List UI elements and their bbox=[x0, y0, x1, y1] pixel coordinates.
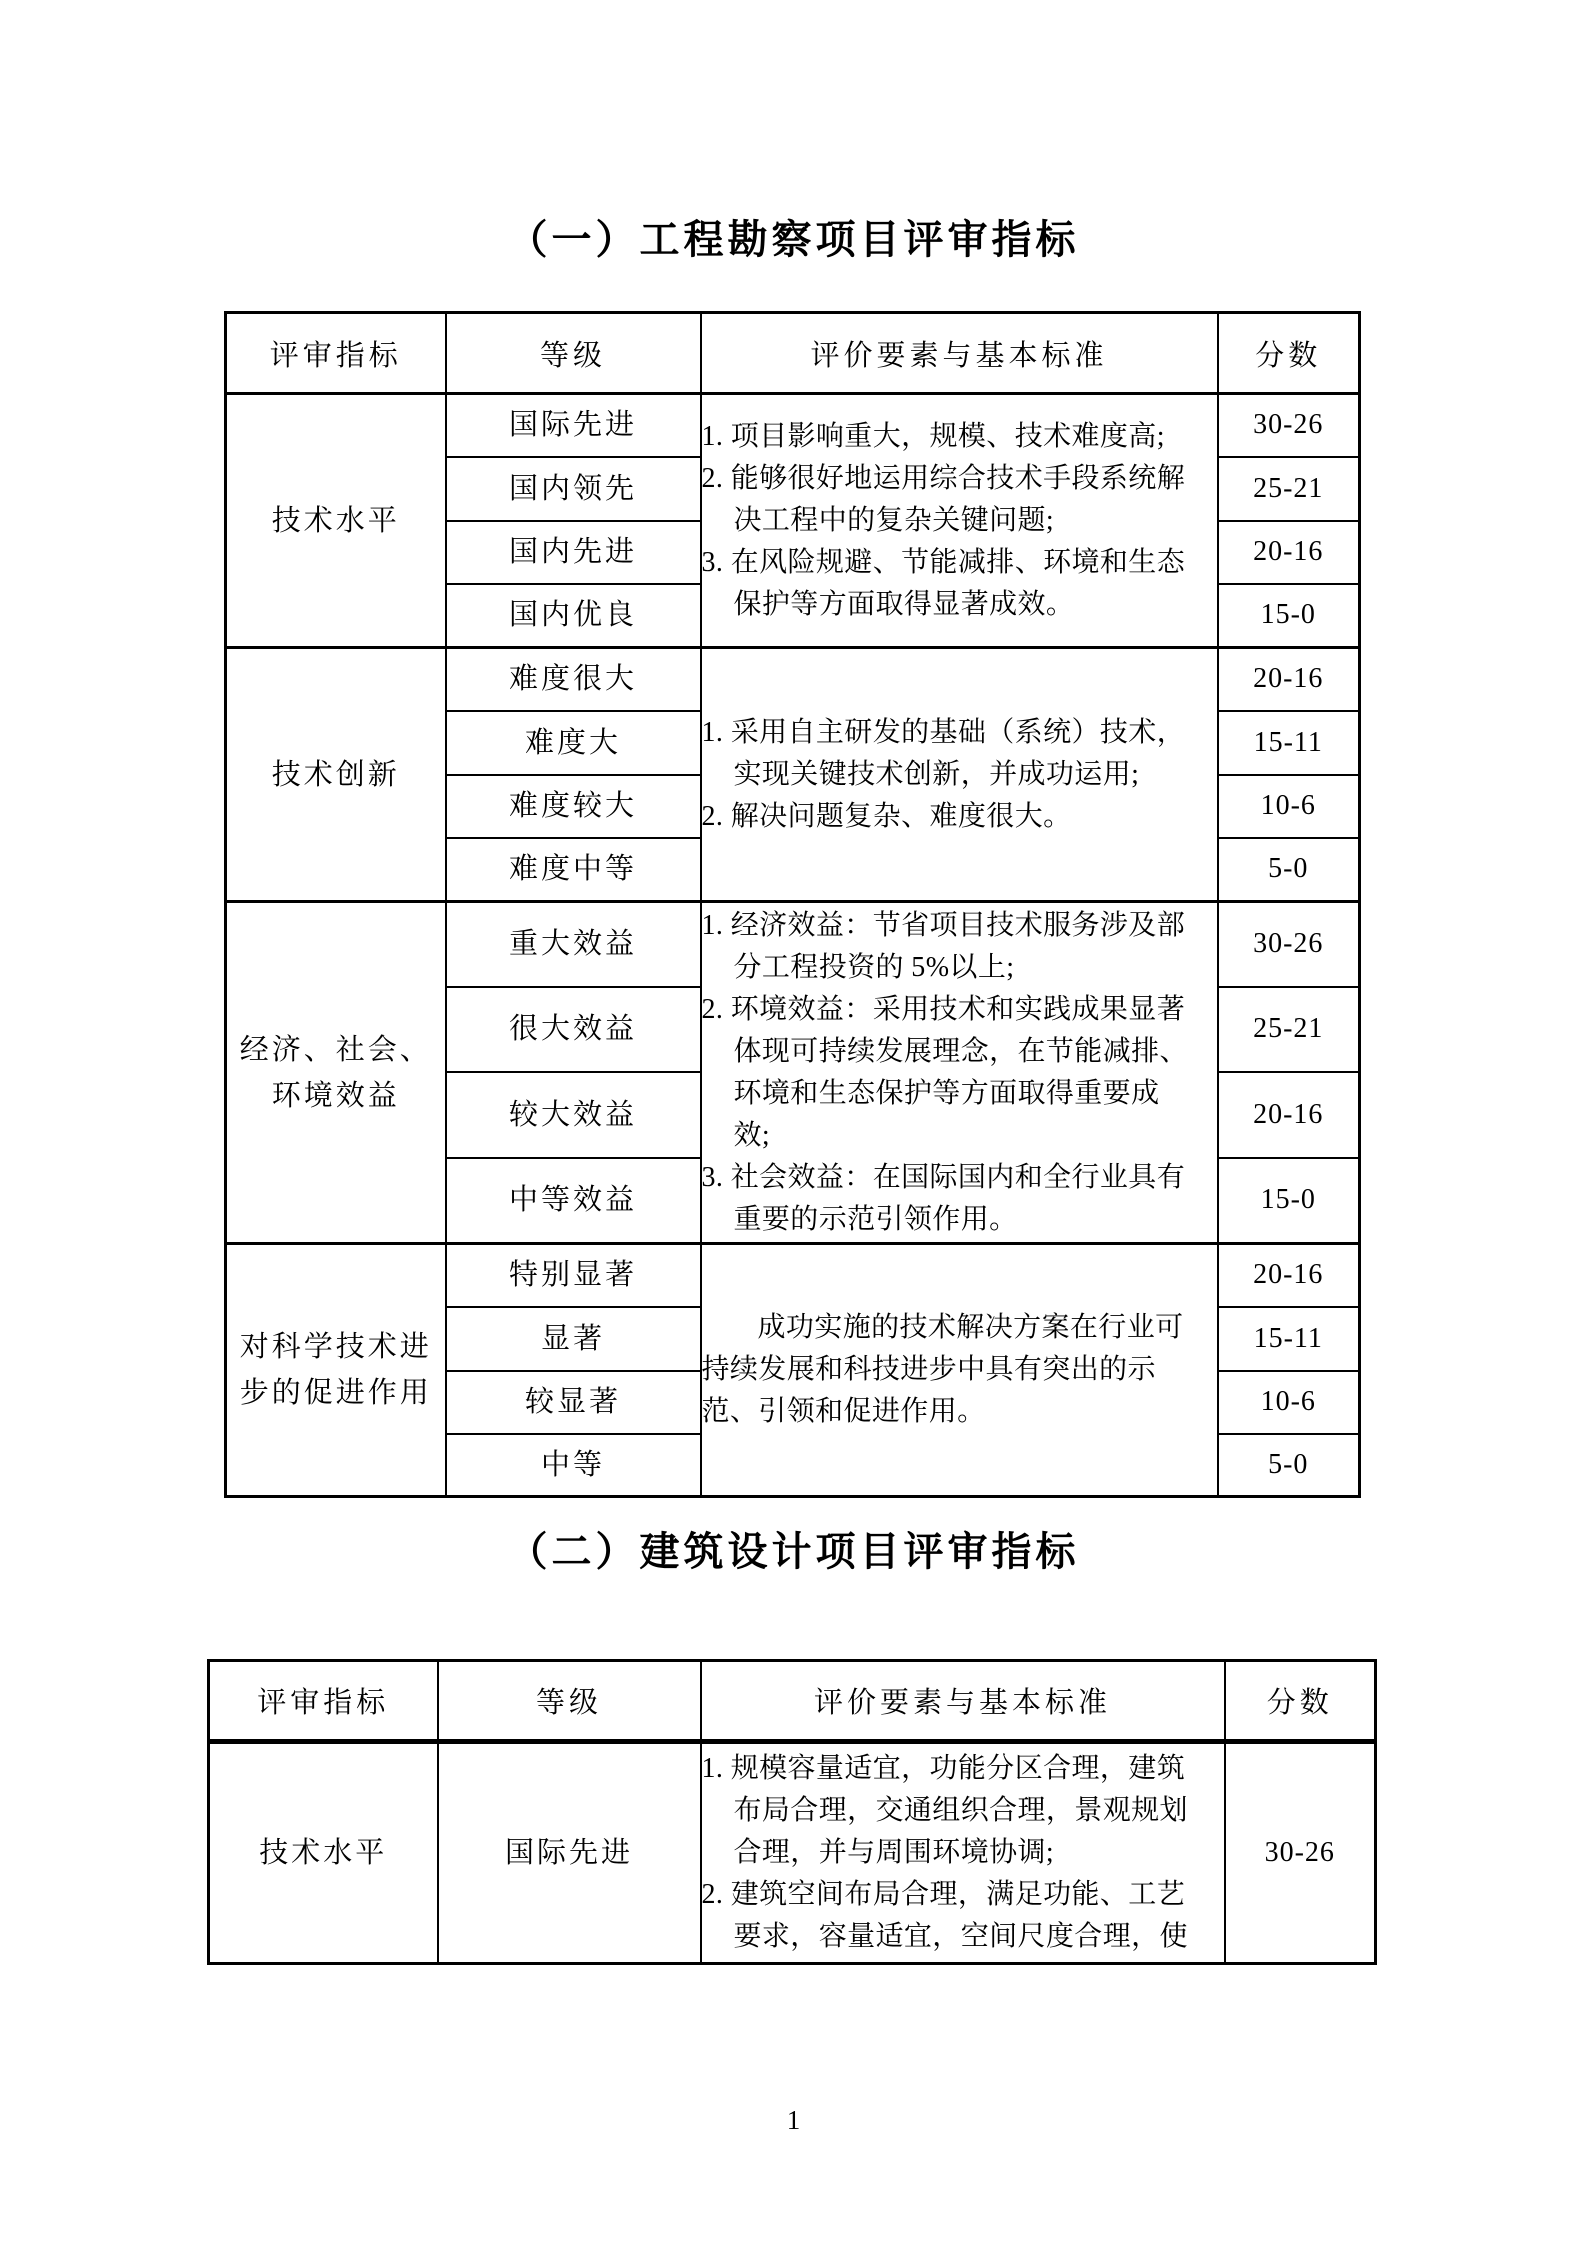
score-cell: 15-0 bbox=[1218, 584, 1360, 648]
grade-cell: 国际先进 bbox=[438, 1742, 701, 1964]
criteria-item: 3. 社会效益：在国际国内和全行业具有 重要的示范引领作用。 bbox=[702, 1157, 1217, 1241]
score-cell: 5-0 bbox=[1218, 838, 1360, 902]
grade-cell: 显著 bbox=[446, 1307, 701, 1371]
score-cell: 15-11 bbox=[1218, 1307, 1360, 1371]
score-cell: 25-21 bbox=[1218, 457, 1360, 521]
col-header-score: 分数 bbox=[1225, 1661, 1376, 1742]
criteria-item: 1. 采用自主研发的基础（系统）技术， 实现关键技术创新，并成功运用; bbox=[702, 712, 1217, 796]
col-header-criteria: 评价要素与基本标准 bbox=[701, 313, 1218, 394]
table-row: 技术水平 国际先进 1. 规模容量适宜，功能分区合理，建筑 布局合理，交通组织合… bbox=[209, 1742, 1376, 1964]
indicator-cell: 技术水平 bbox=[226, 394, 446, 648]
criteria-cell: 成功实施的技术解决方案在行业可 持续发展和科技进步中具有突出的示 范、引领和促进… bbox=[701, 1244, 1218, 1497]
table-header-row: 评审指标 等级 评价要素与基本标准 分数 bbox=[226, 313, 1360, 394]
score-cell: 20-16 bbox=[1218, 648, 1360, 711]
col-header-indicator: 评审指标 bbox=[209, 1661, 438, 1742]
page-number: 1 bbox=[0, 2105, 1587, 2136]
criteria-item: 2. 环境效益：采用技术和实践成果显著 体现可持续发展理念，在节能减排、 环境和… bbox=[702, 989, 1217, 1157]
criteria-cell: 1. 项目影响重大，规模、技术难度高; 2. 能够很好地运用综合技术手段系统解 … bbox=[701, 394, 1218, 648]
score-cell: 10-6 bbox=[1218, 1371, 1360, 1434]
grade-cell: 中等 bbox=[446, 1434, 701, 1497]
criteria-item: 3. 在风险规避、节能减排、环境和生态 保护等方面取得显著成效。 bbox=[702, 542, 1217, 626]
grade-cell: 难度较大 bbox=[446, 775, 701, 838]
indicator-cell: 技术创新 bbox=[226, 648, 446, 902]
grade-cell: 难度中等 bbox=[446, 838, 701, 902]
grade-cell: 难度大 bbox=[446, 711, 701, 775]
criteria-cell: 1. 经济效益：节省项目技术服务涉及部 分工程投资的 5%以上; 2. 环境效益… bbox=[701, 902, 1218, 1244]
col-header-grade: 等级 bbox=[446, 313, 701, 394]
table-row: 技术水平 国际先进 1. 项目影响重大，规模、技术难度高; 2. 能够很好地运用… bbox=[226, 394, 1360, 457]
score-cell: 30-26 bbox=[1218, 902, 1360, 987]
col-header-grade: 等级 bbox=[438, 1661, 701, 1742]
criteria-item: 2. 解决问题复杂、难度很大。 bbox=[702, 796, 1217, 838]
grade-cell: 国内优良 bbox=[446, 584, 701, 648]
criteria-item: 2. 建筑空间布局合理，满足功能、工艺 要求，容量适宜，空间尺度合理，使 bbox=[702, 1874, 1224, 1958]
grade-cell: 国内先进 bbox=[446, 521, 701, 584]
criteria-cell: 1. 规模容量适宜，功能分区合理，建筑 布局合理，交通组织合理，景观规划 合理，… bbox=[701, 1742, 1225, 1964]
section-title-survey: （一）工程勘察项目评审指标 bbox=[0, 212, 1587, 268]
indicator-cell: 对科学技术进 步的促进作用 bbox=[226, 1244, 446, 1497]
table-row: 对科学技术进 步的促进作用 特别显著 成功实施的技术解决方案在行业可 持续发展和… bbox=[226, 1244, 1360, 1307]
table-row: 经济、社会、 环境效益 重大效益 1. 经济效益：节省项目技术服务涉及部 分工程… bbox=[226, 902, 1360, 987]
col-header-indicator: 评审指标 bbox=[226, 313, 446, 394]
criteria-item: 2. 能够很好地运用综合技术手段系统解 决工程中的复杂关键问题; bbox=[702, 458, 1217, 542]
criteria-item: 1. 项目影响重大，规模、技术难度高; bbox=[702, 416, 1217, 458]
grade-cell: 国内领先 bbox=[446, 457, 701, 521]
score-cell: 15-0 bbox=[1218, 1158, 1360, 1244]
score-cell: 30-26 bbox=[1225, 1742, 1376, 1964]
table-row: 技术创新 难度很大 1. 采用自主研发的基础（系统）技术， 实现关键技术创新，并… bbox=[226, 648, 1360, 711]
score-cell: 25-21 bbox=[1218, 987, 1360, 1072]
indicator-cell: 技术水平 bbox=[209, 1742, 438, 1964]
criteria-item: 1. 经济效益：节省项目技术服务涉及部 分工程投资的 5%以上; bbox=[702, 905, 1217, 989]
score-cell: 15-11 bbox=[1218, 711, 1360, 775]
survey-evaluation-table: 评审指标 等级 评价要素与基本标准 分数 技术水平 国际先进 1. 项目影响重大… bbox=[224, 311, 1361, 1498]
criteria-paragraph: 成功实施的技术解决方案在行业可 持续发展和科技进步中具有突出的示 范、引领和促进… bbox=[702, 1307, 1217, 1433]
grade-cell: 较显著 bbox=[446, 1371, 701, 1434]
score-cell: 20-16 bbox=[1218, 1244, 1360, 1307]
architecture-evaluation-table: 评审指标 等级 评价要素与基本标准 分数 技术水平 国际先进 1. 规模容量适宜… bbox=[207, 1659, 1377, 1965]
score-cell: 5-0 bbox=[1218, 1434, 1360, 1497]
grade-cell: 国际先进 bbox=[446, 394, 701, 457]
grade-cell: 很大效益 bbox=[446, 987, 701, 1072]
criteria-item: 1. 规模容量适宜，功能分区合理，建筑 布局合理，交通组织合理，景观规划 合理，… bbox=[702, 1748, 1224, 1874]
grade-cell: 中等效益 bbox=[446, 1158, 701, 1244]
score-cell: 20-16 bbox=[1218, 521, 1360, 584]
grade-cell: 较大效益 bbox=[446, 1072, 701, 1158]
score-cell: 10-6 bbox=[1218, 775, 1360, 838]
col-header-score: 分数 bbox=[1218, 313, 1360, 394]
indicator-cell: 经济、社会、 环境效益 bbox=[226, 902, 446, 1244]
grade-cell: 特别显著 bbox=[446, 1244, 701, 1307]
score-cell: 20-16 bbox=[1218, 1072, 1360, 1158]
grade-cell: 重大效益 bbox=[446, 902, 701, 987]
section-title-architecture: （二）建筑设计项目评审指标 bbox=[0, 1524, 1587, 1580]
grade-cell: 难度很大 bbox=[446, 648, 701, 711]
criteria-cell: 1. 采用自主研发的基础（系统）技术， 实现关键技术创新，并成功运用; 2. 解… bbox=[701, 648, 1218, 902]
table-header-row: 评审指标 等级 评价要素与基本标准 分数 bbox=[209, 1661, 1376, 1742]
score-cell: 30-26 bbox=[1218, 394, 1360, 457]
col-header-criteria: 评价要素与基本标准 bbox=[701, 1661, 1225, 1742]
